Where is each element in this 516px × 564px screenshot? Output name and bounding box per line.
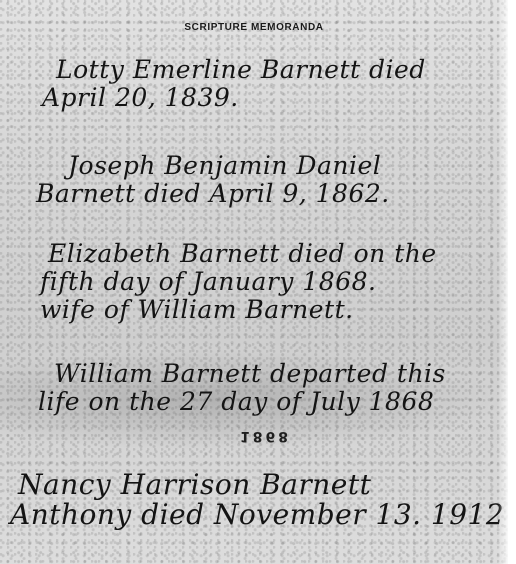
entry-line: fifth day of January 1868. — [0, 268, 508, 296]
entry-line: Lotty Emerline Barnett died — [0, 56, 508, 84]
entry-line: Anthony died November 13. 1912 — [0, 500, 508, 530]
entry-line: William Barnett departed this — [0, 360, 508, 388]
entry-line: Elizabeth Barnett died on the — [0, 240, 508, 268]
death-record-entry: William Barnett departed this life on th… — [0, 360, 508, 416]
entry-line: life on the 27 day of July 1868 — [0, 388, 508, 416]
entry-line: Joseph Benjamin Daniel — [0, 152, 508, 180]
entry-line: Barnett died April 9, 1862. — [0, 180, 508, 208]
death-record-entry: Lotty Emerline Barnett died April 20, 18… — [0, 56, 508, 112]
death-record-entry: Elizabeth Barnett died on the fifth day … — [0, 240, 508, 324]
entry-line: Nancy Harrison Barnett — [0, 470, 508, 500]
entry-line: April 20, 1839. — [0, 84, 508, 112]
entry-line: wife of William Barnett. — [0, 296, 508, 324]
death-record-entry: Nancy Harrison Barnett Anthony died Nove… — [0, 470, 508, 530]
death-record-entry: Joseph Benjamin Daniel Barnett died Apri… — [0, 152, 508, 208]
ink-bleed-through: 1868 — [240, 428, 291, 444]
scanned-page: SCRIPTURE MEMORANDA Lotty Emerline Barne… — [0, 0, 508, 564]
page-header: SCRIPTURE MEMORANDA — [0, 22, 508, 33]
